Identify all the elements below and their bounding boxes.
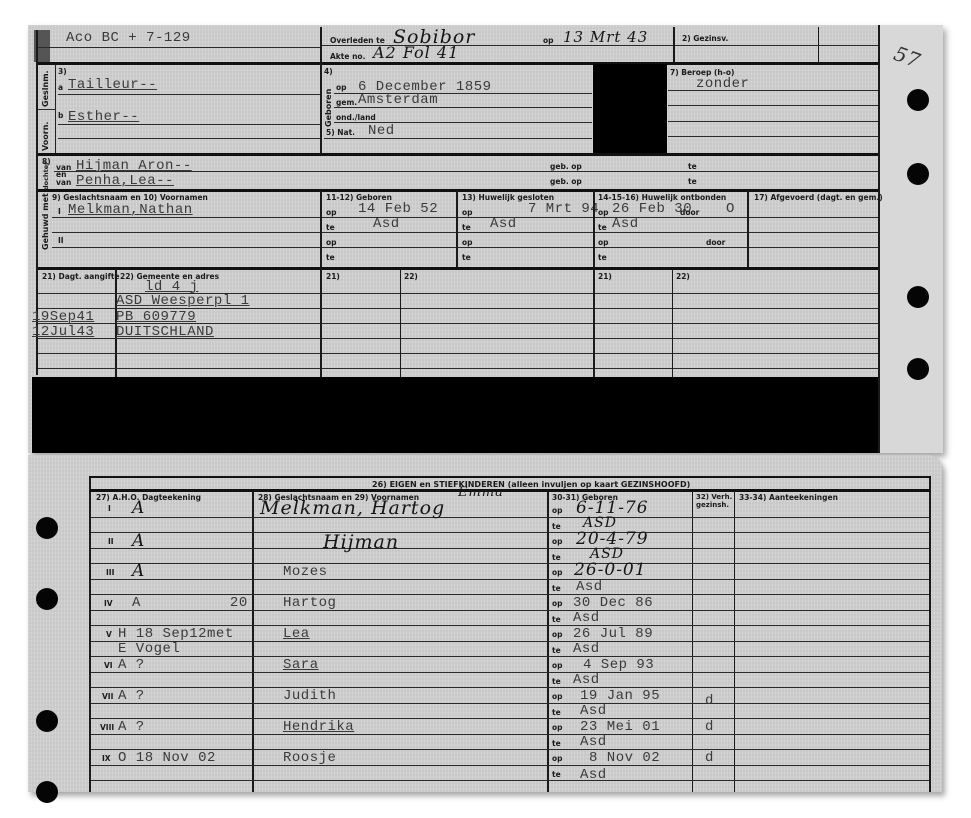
spouse-1-name: Melkman,Nathan: [68, 202, 193, 218]
child-aho: A: [132, 498, 145, 518]
married-side-label: Gehuwd met: [41, 193, 50, 250]
parents-side-label: dochter: [42, 162, 50, 190]
children-section-title: 26) EIGEN en STIEFKINDEREN (alleen invul…: [372, 480, 690, 489]
child-aho: A ?: [118, 657, 145, 673]
child-name: Melkman, Hartog: [260, 497, 445, 519]
born-municipality: Amsterdam: [358, 92, 438, 108]
divider: [38, 62, 878, 65]
dissolved-by: O: [726, 201, 735, 217]
child-born-place: Asd: [580, 767, 607, 783]
card-edge-strip: [878, 25, 943, 453]
died-date: 13 Mrt 43: [563, 28, 648, 46]
child-born-place: Asd: [573, 641, 600, 657]
married-place: Asd: [490, 216, 517, 232]
given-name-side-label: Voorn.: [41, 122, 50, 151]
punch-hole: [907, 358, 929, 380]
registration-card-top: 57 Aco BC + 7-129 Overleden te Sobibor o…: [28, 25, 943, 453]
child-aho: A: [132, 531, 145, 551]
child-aho: A 20: [132, 595, 248, 611]
registration-card-bottom: 26) EIGEN en STIEFKINDEREN (alleen invul…: [28, 455, 942, 792]
child-born-date: 26-0-01: [574, 560, 647, 580]
redacted-region: [32, 377, 878, 453]
child-name: Hartog: [283, 595, 336, 611]
deed-value: A2 Fol 41: [373, 43, 459, 62]
child-name: Hijman: [323, 531, 399, 553]
dissolved-place: Asd: [612, 216, 639, 232]
born-side-label: Geboren: [324, 89, 333, 127]
died-on-label: op: [543, 36, 554, 45]
punch-hole: [36, 588, 58, 610]
child-name: Lea: [283, 626, 310, 642]
punch-hole: [36, 781, 58, 803]
child-aho: A ?: [118, 688, 145, 704]
child-born-place: Asd: [573, 610, 600, 626]
child-born-date: 30 Dec 86: [573, 595, 653, 611]
punch-hole: [907, 286, 929, 308]
child-relation: d: [705, 750, 714, 766]
child-born-place: Asd: [580, 734, 607, 750]
punch-hole: [36, 710, 58, 732]
married-date: 7 Mrt 94: [528, 201, 599, 217]
divider: [38, 153, 878, 156]
child-name: Sara: [283, 657, 319, 673]
border: [929, 477, 931, 792]
divider: [38, 267, 878, 270]
child-aho: A: [132, 561, 145, 581]
divider: [38, 189, 878, 192]
child-born-date: 4 Sep 93: [583, 657, 654, 673]
address-line: ASD Weesperpl 1: [116, 293, 250, 309]
mother-name: Penha,Lea--: [76, 173, 174, 189]
child-aho: H 18 Sep12met: [118, 626, 234, 642]
child-name-correction: Emma: [458, 485, 504, 500]
child-relation: d: [705, 693, 714, 709]
child-born-date: 8 Nov 02: [589, 750, 660, 766]
border: [89, 477, 91, 792]
child-name: Judith: [283, 688, 336, 704]
child-name: Hendrika: [283, 719, 354, 735]
child-born-place: Asd: [580, 703, 607, 719]
child-born-date: 23 Mei 01: [580, 719, 660, 735]
child-aho: O 18 Nov 02: [118, 750, 216, 766]
deed-label: Akte no.: [330, 52, 365, 61]
child-born-date: 26 Jul 89: [573, 626, 653, 642]
child-name: Roosje: [283, 750, 336, 766]
surname-value: Tailleur--: [68, 77, 157, 93]
spouse-born-date: 14 Feb 52: [358, 201, 438, 217]
child-aho: A ?: [118, 719, 145, 735]
child-name: Mozes: [283, 564, 328, 580]
nationality-value: Ned: [368, 123, 395, 139]
surname-side-label: Geslnm.: [41, 70, 50, 107]
punch-hole: [907, 89, 929, 111]
punch-hole: [907, 163, 929, 185]
household-label: 2) Gezinsv.: [682, 34, 728, 43]
child-relation: d: [705, 719, 714, 735]
given-name-value: Esther--: [68, 109, 139, 125]
child-born-date: 19 Jan 95: [580, 688, 660, 704]
child-aho-line2: E Vogel: [118, 641, 180, 657]
punch-hole: [36, 517, 58, 539]
spouse-born-place: Asd: [373, 216, 400, 232]
child-born-place: Asd: [573, 672, 600, 688]
child-born-place: Asd: [576, 579, 603, 595]
reference-number: Aco BC + 7-129: [66, 30, 191, 46]
redacted-photo: [593, 64, 667, 156]
